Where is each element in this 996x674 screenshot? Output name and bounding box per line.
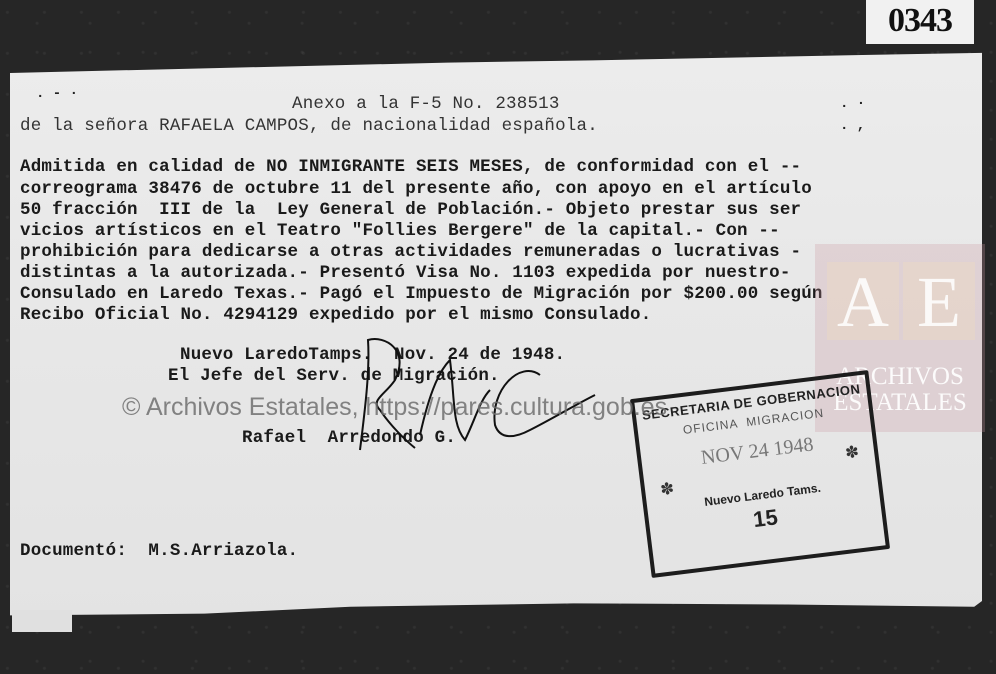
- body-line: 50 fracción III de la Ley General de Pob…: [20, 200, 801, 220]
- body-line: Admitida en calidad de NO INMIGRANTE SEI…: [20, 157, 801, 177]
- body-line: Recibo Oficial No. 4294129 expedido por …: [20, 305, 651, 325]
- logo-letter: E: [903, 262, 975, 340]
- body-line: distintas a la autorizada.- Presentó Vis…: [20, 263, 791, 283]
- body-line: Consulado en Laredo Texas.- Pagó el Impu…: [20, 284, 823, 304]
- ink-marks: . ,: [840, 118, 865, 134]
- body-line: prohibición para dedicarse a otras activ…: [20, 242, 801, 262]
- subject-line: de la señora RAFAELA CAMPOS, de nacional…: [20, 116, 598, 136]
- body-line: vicios artísticos en el Teatro "Follies …: [20, 221, 780, 241]
- ink-marks: . - ·: [36, 86, 78, 102]
- annex-header: Anexo a la F-5 No. 238513: [292, 94, 560, 114]
- logo-letter: A: [827, 262, 899, 340]
- page-number-label: 0343: [866, 0, 974, 44]
- ink-marks: . ·: [840, 96, 865, 112]
- copyright-watermark: © Archivos Estatales, https://pares.cult…: [122, 393, 667, 422]
- body-line: correograma 38476 de octubre 11 del pres…: [20, 179, 812, 199]
- paper-torn-edge: [12, 610, 72, 632]
- migration-office-stamp: SECRETARIA DE GOBERNACION OFICINA MIGRAC…: [630, 370, 890, 578]
- documented-by: Documentó: M.S.Arriazola.: [20, 541, 298, 561]
